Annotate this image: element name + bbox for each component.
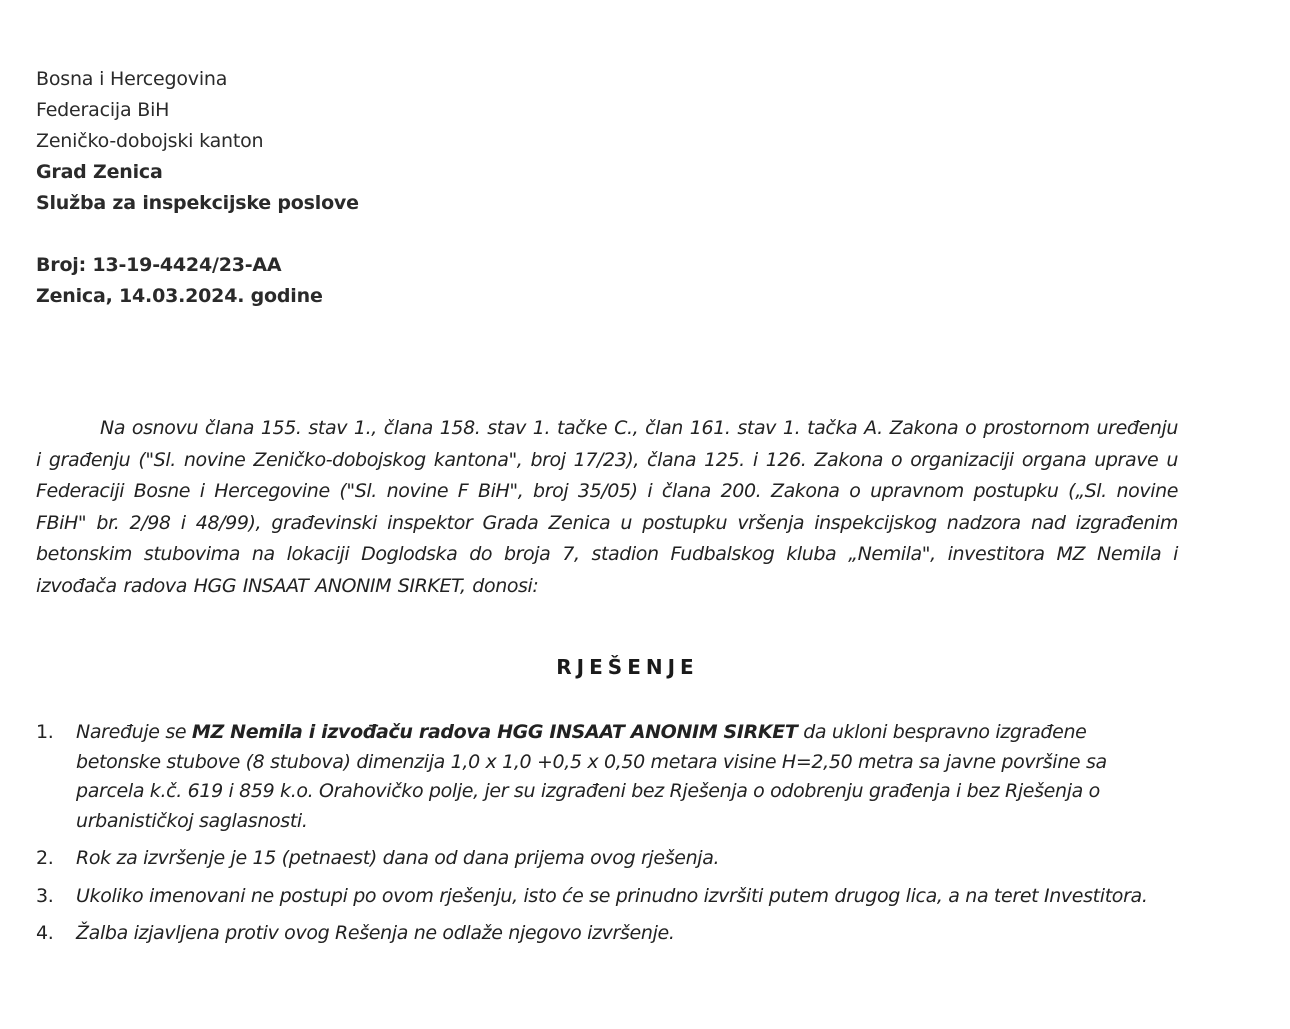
item-text: Rok za izvršenje je 15 (petnaest) dana o… bbox=[76, 844, 1156, 874]
item-number: 1. bbox=[36, 718, 76, 836]
item-number: 4. bbox=[36, 919, 76, 949]
item-number: 2. bbox=[36, 844, 76, 874]
item-emphasis: MZ Nemila i izvođaču radova HGG INSAAT A… bbox=[192, 721, 798, 743]
item-text: Žalba izjavljena protiv ovog Rešenja ne … bbox=[76, 919, 1156, 949]
issuer-entity: Federacija BiH bbox=[36, 95, 359, 126]
issuer-canton: Zeničko-dobojski kanton bbox=[36, 126, 359, 157]
item-text: Ukoliko imenovani ne postupi po ovom rje… bbox=[76, 882, 1156, 912]
decision-item: 4. Žalba izjavljena protiv ovog Rešenja … bbox=[36, 919, 1156, 949]
decision-item: 1. Naređuje se MZ Nemila i izvođaču rado… bbox=[36, 718, 1156, 836]
item-prefix: Naređuje se bbox=[76, 721, 192, 743]
place-and-date: Zenica, 14.03.2024. godine bbox=[36, 281, 323, 312]
issuer-country: Bosna i Hercegovina bbox=[36, 64, 359, 95]
issuer-department: Služba za inspekcijske poslove bbox=[36, 188, 359, 219]
decision-items: 1. Naređuje se MZ Nemila i izvođaču rado… bbox=[36, 718, 1156, 957]
decision-item: 3. Ukoliko imenovani ne postupi po ovom … bbox=[36, 882, 1156, 912]
decision-title: RJEŠENJE bbox=[0, 655, 1255, 679]
issuer-city: Grad Zenica bbox=[36, 157, 359, 188]
reference-number: Broj: 13-19-4424/23-AA bbox=[36, 250, 323, 281]
item-text: Naređuje se MZ Nemila i izvođaču radova … bbox=[76, 718, 1156, 836]
document-reference: Broj: 13-19-4424/23-AA Zenica, 14.03.202… bbox=[36, 250, 323, 312]
issuer-header: Bosna i Hercegovina Federacija BiH Zenič… bbox=[36, 64, 359, 219]
decision-item: 2. Rok za izvršenje je 15 (petnaest) dan… bbox=[36, 844, 1156, 874]
item-number: 3. bbox=[36, 882, 76, 912]
legal-preamble: Na osnovu člana 155. stav 1., člana 158.… bbox=[36, 413, 1178, 602]
